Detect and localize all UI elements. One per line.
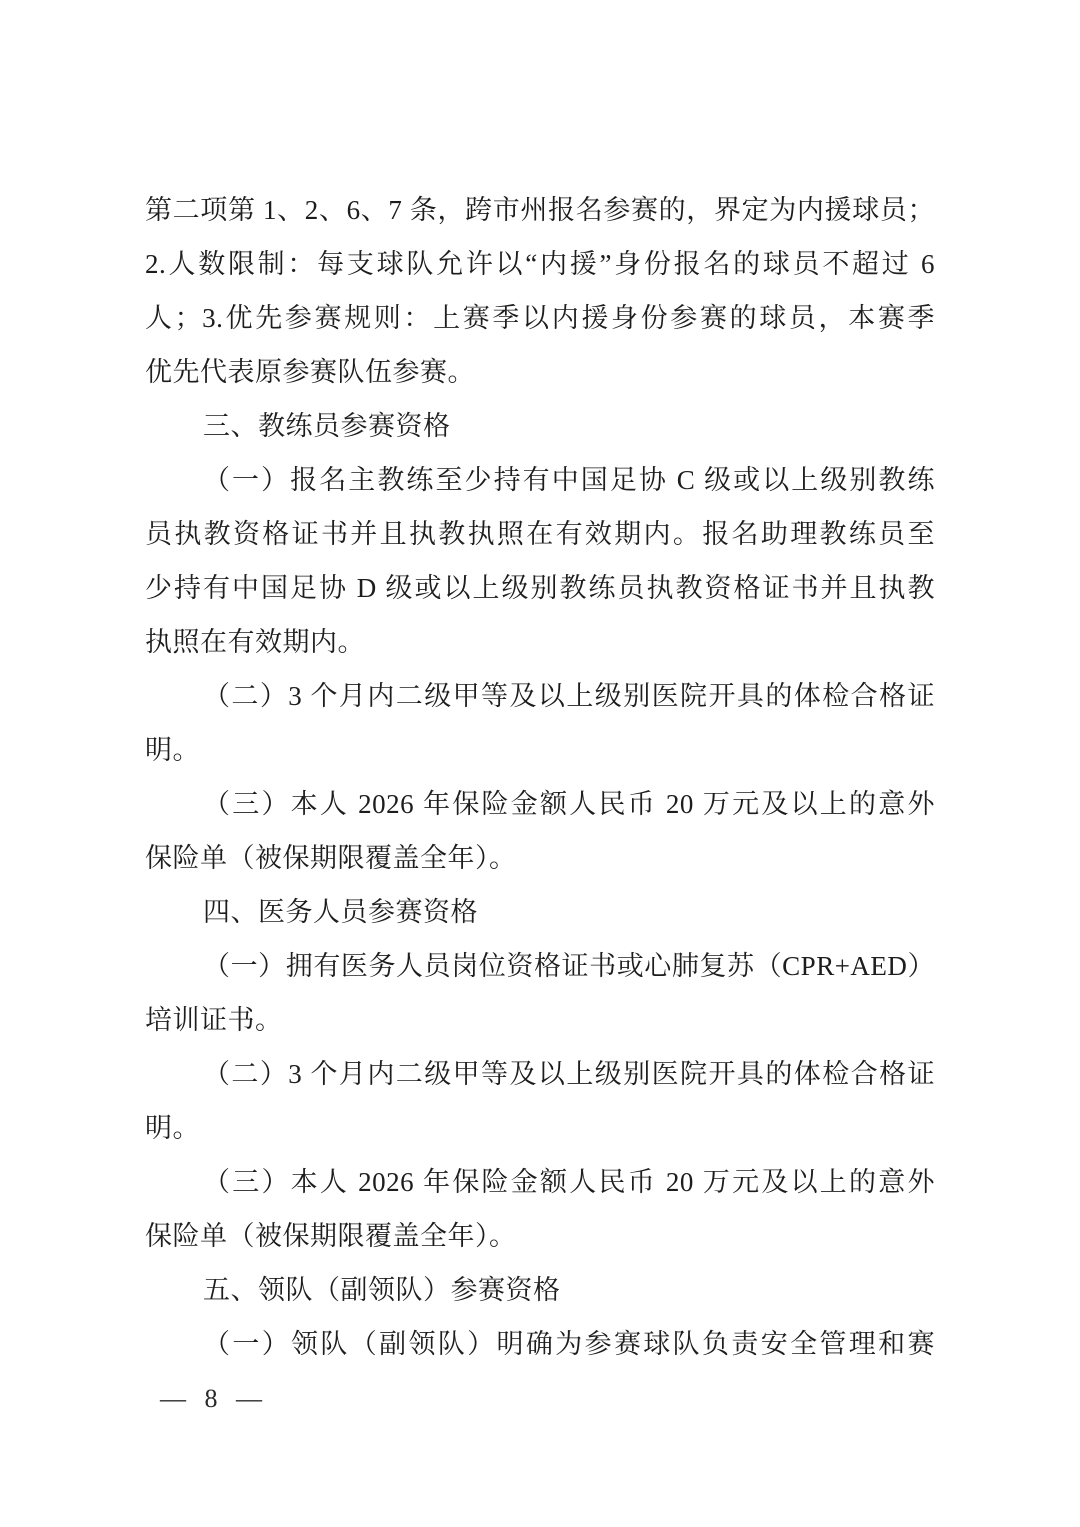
text-line: 保险单（被保期限覆盖全年）。 <box>145 831 935 885</box>
text-line: 保险单（被保期限覆盖全年）。 <box>145 1209 935 1263</box>
text-line: 培训证书。 <box>145 993 935 1047</box>
text-line: （一）领队（副领队）明确为参赛球队负责安全管理和赛 <box>145 1317 935 1371</box>
document-body: 第二项第 1、2、6、7 条，跨市州报名参赛的，界定为内援球员；2.人数限制：每… <box>145 183 935 1371</box>
text-line: 2.人数限制：每支球队允许以“内援”身份报名的球员不超过 6 <box>145 237 935 291</box>
text-line: 员执教资格证书并且执教执照在有效期内。报名助理教练员至 <box>145 507 935 561</box>
text-line: （二）3 个月内二级甲等及以上级别医院开具的体检合格证 <box>145 1047 935 1101</box>
text-line: 明。 <box>145 1101 935 1155</box>
text-line: （三）本人 2026 年保险金额人民币 20 万元及以上的意外 <box>145 777 935 831</box>
text-line: 五、领队（副领队）参赛资格 <box>145 1263 935 1317</box>
text-line: 执照在有效期内。 <box>145 615 935 669</box>
text-line: 明。 <box>145 723 935 777</box>
text-line: 少持有中国足协 D 级或以上级别教练员执教资格证书并且执教 <box>145 561 935 615</box>
page-number: — 8 — <box>160 1372 268 1426</box>
text-line: 第二项第 1、2、6、7 条，跨市州报名参赛的，界定为内援球员； <box>145 183 935 237</box>
text-line: （二）3 个月内二级甲等及以上级别医院开具的体检合格证 <box>145 669 935 723</box>
text-line: 人；3.优先参赛规则：上赛季以内援身份参赛的球员，本赛季 <box>145 291 935 345</box>
text-line: （一）报名主教练至少持有中国足协 C 级或以上级别教练 <box>145 453 935 507</box>
text-line: 优先代表原参赛队伍参赛。 <box>145 345 935 399</box>
document-page: 第二项第 1、2、6、7 条，跨市州报名参赛的，界定为内援球员；2.人数限制：每… <box>0 0 1080 1527</box>
text-line: （一）拥有医务人员岗位资格证书或心肺复苏（CPR+AED） <box>145 939 935 993</box>
text-line: 四、医务人员参赛资格 <box>145 885 935 939</box>
text-line: （三）本人 2026 年保险金额人民币 20 万元及以上的意外 <box>145 1155 935 1209</box>
text-line: 三、教练员参赛资格 <box>145 399 935 453</box>
